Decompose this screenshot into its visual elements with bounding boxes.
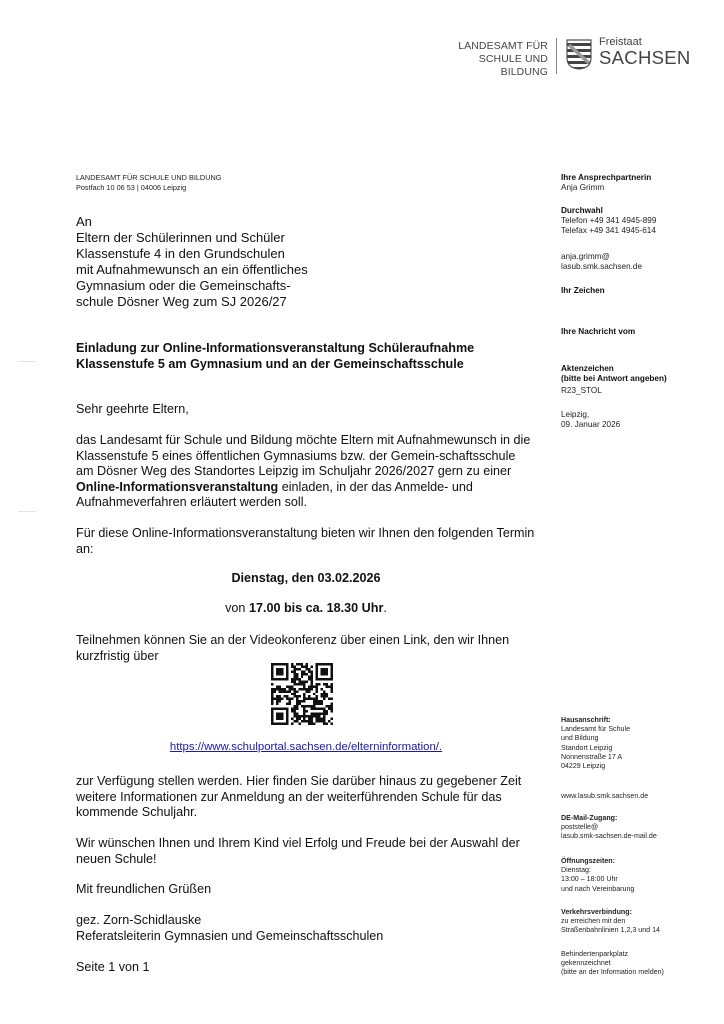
email-line-2: lasub.smk.sachsen.de xyxy=(561,262,642,271)
logo-divider xyxy=(556,38,557,74)
signature-name: gez. Zorn-Schidlauske xyxy=(76,913,536,929)
opening-hours-block: Öffnungszeiten: Dienstag: 13:00 – 18:00 … xyxy=(561,857,634,894)
hours-label: Öffnungszeiten: xyxy=(561,857,615,865)
sender-line-2: Postfach 10 06 53 | 04006 Leipzig xyxy=(76,183,221,193)
letter-subject: Einladung zur Online-Informationsveranst… xyxy=(76,341,474,372)
hours-line: und nach Vereinbarung xyxy=(561,885,634,893)
demail-label: DE-Mail-Zugang: xyxy=(561,814,617,822)
address-line: 04229 Leipzig xyxy=(561,762,605,770)
recipient-line: Eltern der Schülerinnen und Schüler xyxy=(76,230,308,246)
transport-line: Straßenbahnlinien 1,2,3 und 14 xyxy=(561,926,660,934)
transport-block: Verkehrsverbindung: zu erreichen mit den… xyxy=(561,908,660,936)
file-reference-block: Aktenzeichen (bitte bei Antwort angeben)… xyxy=(561,364,667,397)
parking-line: gekennzeichnet xyxy=(561,959,611,967)
file-ref-label: Aktenzeichen xyxy=(561,364,614,373)
place-date-block: Leipzig, 09. Januar 2026 xyxy=(561,410,620,430)
direct-label: Durchwahl xyxy=(561,206,603,215)
website[interactable]: www.lasub.smk.sachsen.de xyxy=(561,792,648,801)
contact-block: Ihre Ansprechpartnerin Anja Grimm xyxy=(561,173,651,193)
your-message-label: Ihre Nachricht vom xyxy=(561,327,635,337)
recipient-line: mit Aufnahmewunsch an ein öffentliches xyxy=(76,262,308,278)
salutation: Sehr geehrte Eltern, xyxy=(76,402,536,418)
recipient-block: An Eltern der Schülerinnen und Schüler K… xyxy=(76,214,308,310)
time-suffix: . xyxy=(383,601,387,615)
signature: gez. Zorn-Schidlauske Referatsleiterin G… xyxy=(76,913,536,944)
closing: Mit freundlichen Grüßen xyxy=(76,882,536,898)
your-sign-text: Ihr Zeichen xyxy=(561,286,605,295)
transport-line: zu erreichen mit den xyxy=(561,917,625,925)
subject-line-1: Einladung zur Online-Informationsveranst… xyxy=(76,341,474,357)
recipient-line: Gymnasium oder die Gemeinschafts- xyxy=(76,278,308,294)
authority-name: LANDESAMT FÜR SCHULE UND BILDUNG xyxy=(440,40,548,79)
house-address-block: Hausanschrift: Landesamt für Schule und … xyxy=(561,716,630,771)
place: Leipzig, xyxy=(561,410,589,419)
file-ref-value: R23_STOL xyxy=(561,386,602,396)
time-bold: 17.00 bis ca. 18.30 Uhr xyxy=(249,601,383,615)
recipient-line: Klassenstufe 4 in den Grundschulen xyxy=(76,246,308,262)
paragraph-link-intro: Teilnehmen können Sie an der Videokonfer… xyxy=(76,633,536,664)
contact-name: Anja Grimm xyxy=(561,183,604,192)
recipient-line: schule Dösner Weg zum SJ 2026/27 xyxy=(76,294,308,310)
p1-bold: Online-Informationsveranstaltung xyxy=(76,480,278,494)
transport-label: Verkehrsverbindung: xyxy=(561,908,632,916)
hours-line: Dienstag: xyxy=(561,866,591,874)
sender-address: LANDESAMT FÜR SCHULE UND BILDUNG Postfac… xyxy=(76,173,221,192)
parking-line: Behindertenparkplatz xyxy=(561,950,628,958)
direct-dial-block: Durchwahl Telefon +49 341 4945-899 Telef… xyxy=(561,206,656,237)
paragraph-invitation: das Landesamt für Schule und Bildung möc… xyxy=(76,433,536,511)
parking-line: (bitte an der Information melden) xyxy=(561,968,664,976)
elterninformation-link[interactable]: https://www.schulportal.sachsen.de/elter… xyxy=(76,741,536,753)
address-line: Landesamt für Schule xyxy=(561,725,630,733)
hours-line: 13:00 – 18:00 Uhr xyxy=(561,875,618,883)
qr-code-icon[interactable] xyxy=(271,663,333,725)
page-info: Seite 1 von 1 xyxy=(76,960,536,976)
state-name: Freistaat SACHSEN xyxy=(599,36,691,67)
saxony-coat-of-arms-icon xyxy=(566,39,592,70)
fold-mark xyxy=(18,361,36,362)
address-line: und Bildung xyxy=(561,734,598,742)
address-line: Nonnenstraße 17 A xyxy=(561,753,622,761)
email-block: anja.grimm@ lasub.smk.sachsen.de xyxy=(561,252,642,272)
contact-label: Ihre Ansprechpartnerin xyxy=(561,173,651,182)
sender-line-1: LANDESAMT FÜR SCHULE UND BILDUNG xyxy=(76,173,221,183)
time-prefix: von xyxy=(225,601,249,615)
paragraph-wishes: Wir wünschen Ihnen und Ihrem Kind viel E… xyxy=(76,836,536,867)
recipient-line: An xyxy=(76,214,308,230)
phone-number: Telefon +49 341 4945-899 xyxy=(561,216,656,225)
demail-block: DE-Mail-Zugang: poststelle@ lasub.smk-sa… xyxy=(561,814,657,842)
paragraph-info: zur Verfügung stellen werden. Hier finde… xyxy=(76,774,536,821)
event-time: von 17.00 bis ca. 18.30 Uhr. xyxy=(76,601,536,617)
file-ref-note: (bitte bei Antwort angeben) xyxy=(561,374,667,383)
email-line-1: anja.grimm@ xyxy=(561,252,610,261)
demail-line: poststelle@ xyxy=(561,823,598,831)
p1-text-a: das Landesamt für Schule und Bildung möc… xyxy=(76,433,530,478)
your-message-text: Ihre Nachricht vom xyxy=(561,327,635,336)
fax-number: Telefax +49 341 4945-614 xyxy=(561,226,656,235)
demail-line: lasub.smk-sachsen.de-mail.de xyxy=(561,832,657,840)
address-label: Hausanschrift: xyxy=(561,716,611,724)
state-big: SACHSEN xyxy=(599,48,691,67)
event-date: Dienstag, den 03.02.2026 xyxy=(76,571,536,587)
subject-line-2: Klassenstufe 5 am Gymnasium und an der G… xyxy=(76,357,474,373)
parking-block: Behindertenparkplatz gekennzeichnet (bit… xyxy=(561,950,664,978)
signature-title: Referatsleiterin Gymnasien und Gemeinsch… xyxy=(76,929,536,945)
authority-line-1: LANDESAMT FÜR xyxy=(440,40,548,53)
fold-mark xyxy=(18,511,36,512)
letter-date: 09. Januar 2026 xyxy=(561,420,620,429)
your-sign-label: Ihr Zeichen xyxy=(561,286,605,296)
authority-line-2: SCHULE UND BILDUNG xyxy=(440,53,548,79)
address-line: Standort Leipzig xyxy=(561,744,612,752)
paragraph-appointment: Für diese Online-Informationsveranstaltu… xyxy=(76,526,536,557)
